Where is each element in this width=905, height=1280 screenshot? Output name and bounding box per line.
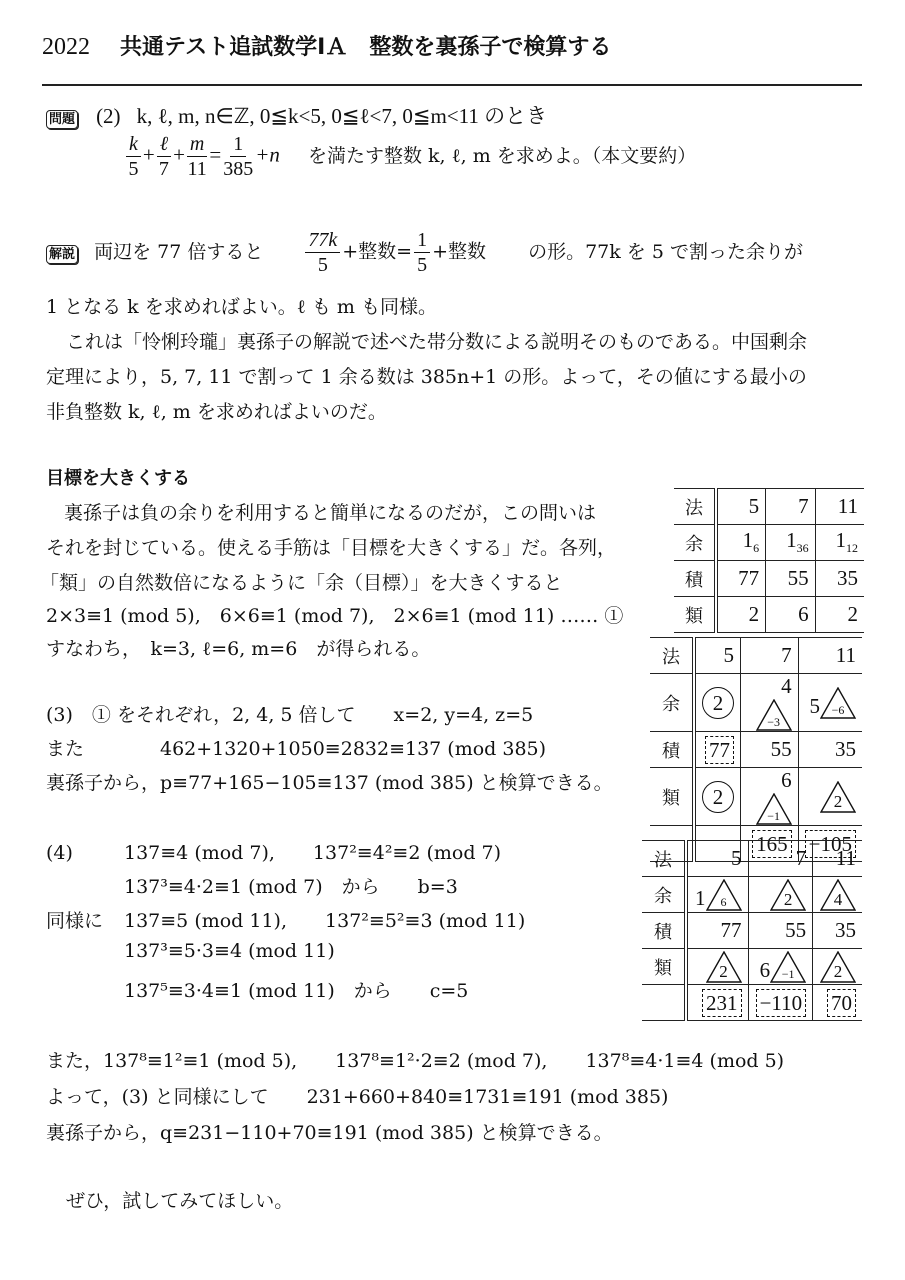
dashed-box: −110 [756, 989, 807, 1017]
row-class: 類 2 6−1 2 [650, 768, 862, 826]
problem-instruction: を満たす整数 k, ℓ, m を求めよ。（本文要約） [308, 145, 696, 167]
row-product: 積 77 55 35 [650, 732, 862, 768]
part4-line-1: (4)137≡4 (mod 7), 137²≡4²≡2 (mod 7) [46, 838, 501, 865]
explanation-line1: 解説 両辺を 77 倍すると 77k5+整数=15+整数 の形。77k を 5 … [46, 228, 803, 277]
sunzi-table-2: 法 5 7 11 余 2 4−3 5−6 積 77 55 35 類 2 6−1 … [650, 637, 862, 862]
header-year: 2022 [42, 34, 90, 60]
section-line-5: すなわち， k=3, ℓ=6, m=6 が得られる。 [46, 634, 430, 661]
closing-line: ぜひ，試してみてほしい。 [66, 1186, 293, 1213]
triangle-mark: 2 [820, 951, 856, 983]
fraction-77k-5: 77k5 [305, 228, 340, 277]
section-line-4: 2×3≡1 (mod 5), 6×6≡1 (mod 7), 2×6≡1 (mod… [46, 601, 623, 628]
section-line-1: 裏孫子は負の余りを利用すると簡単になるのだが，この問いは [64, 498, 596, 525]
section-line-3: 「類」の自然数倍になるように「余（目標）」を大きくすると [40, 568, 563, 595]
equation-tail: +n [255, 143, 280, 167]
sunzi-table-3: 法 5 7 11 余 16 2 4 積 77 55 35 類 2 6−1 2 2… [642, 840, 862, 1021]
problem-condition: k, ℓ, m, n∈ℤ, 0≦k<5, 0≦ℓ<7, 0≦m<11 のとき [137, 104, 548, 128]
part3-line-3: 裏孫子から，p≡77+165−105≡137 (mod 385) と検算できる。 [46, 768, 613, 795]
triangle-mark: 2 [820, 781, 856, 813]
explanation-para-3: 非負整数 k, ℓ, m を求めればよいのだ。 [46, 397, 387, 424]
part3-line-1: (3) ① をそれぞれ，2, 4, 5 倍して x=2, y=4, z=5 [46, 700, 533, 727]
row-remainder: 余 2 4−3 5−6 [650, 674, 862, 732]
row-product: 積 77 55 35 [674, 561, 864, 597]
fraction-l: ℓ7 [157, 132, 171, 181]
row-modulus: 法 5 7 11 [642, 841, 862, 877]
conclusion-line-3: 裏孫子から，q≡231−110+70≡191 (mod 385) と検算できる。 [46, 1118, 613, 1145]
circle-mark: 2 [702, 781, 734, 813]
explanation-line2: 1 となる k を求めればよい。ℓ も m も同様。 [46, 292, 437, 319]
problem-statement: 問題 (2) k, ℓ, m, n∈ℤ, 0≦k<5, 0≦ℓ<7, 0≦m<1… [46, 100, 547, 130]
fraction-1-5: 15 [414, 228, 430, 277]
circle-mark: 2 [702, 687, 734, 719]
triangle-mark: 2 [770, 879, 806, 911]
problem-part: (2) [96, 104, 121, 128]
triangle-mark: −1 [756, 793, 792, 825]
row-remainder: 余 16 2 4 [642, 877, 862, 913]
triangle-mark: −3 [756, 699, 792, 731]
dashed-box: 70 [827, 989, 856, 1017]
triangle-mark: −1 [770, 951, 806, 983]
dashed-box: 231 [702, 989, 742, 1017]
triangle-mark: 6 [706, 879, 742, 911]
problem-tag: 問題 [46, 110, 78, 129]
problem-equation: k5+ℓ7+m11=1385+n を満たす整数 k, ℓ, m を求めよ。（本文… [124, 132, 696, 181]
part4-line-4: 137³≡5·3≡4 (mod 11) [46, 940, 335, 962]
sunzi-table-1: 法 5 7 11 余 16 136 112 積 77 55 35 類 2 6 2 [674, 488, 864, 633]
row-modulus: 法 5 7 11 [650, 638, 862, 674]
section-line-2: それを封じている。使える手筋は「目標を大きくする」だ。各列， [46, 533, 616, 560]
triangle-mark: 2 [706, 951, 742, 983]
row-class: 類 2 6 2 [674, 597, 864, 633]
header-divider [42, 84, 862, 86]
triangle-mark: 4 [820, 879, 856, 911]
part4-line-2: 137³≡4·2≡1 (mod 7) から b=3 [46, 872, 458, 899]
explanation-tag: 解説 [46, 245, 78, 264]
dashed-box: 77 [705, 736, 734, 764]
row-remainder: 余 16 136 112 [674, 525, 864, 561]
explanation-para-1: これは「怜悧玲瓏」裏孫子の解説で述べた帯分数による説明そのものである。中国剰余 [66, 327, 807, 354]
row-class: 類 2 6−1 2 [642, 949, 862, 985]
part3-line-2: また 462+1320+1050≡2832≡137 (mod 385) [46, 734, 546, 761]
section-heading: 目標を大きくする [46, 464, 190, 490]
conclusion-line-1: また，137⁸≡1²≡1 (mod 5), 137⁸≡1²·2≡2 (mod 7… [46, 1046, 784, 1073]
triangle-mark: −6 [820, 687, 856, 719]
row-modulus: 法 5 7 11 [674, 489, 864, 525]
part4-line-3: 同様に137≡5 (mod 11), 137²≡5²≡3 (mod 11) [46, 906, 525, 933]
fraction-k: k5 [126, 132, 141, 181]
fraction-1-385: 1385 [223, 132, 253, 181]
page-header: 2022 共通テスト追試数学ⅠＡ 整数を裏孫子で検算する [42, 30, 611, 61]
fraction-m: m11 [187, 132, 207, 181]
row-product: 積 77 55 35 [642, 913, 862, 949]
row-sum: 231 −110 70 [642, 985, 862, 1021]
part4-line-5: 137⁵≡3·4≡1 (mod 11) から c=5 [46, 976, 468, 1003]
explanation-para-2: 定理により，5, 7, 11 で割って 1 余る数は 385n+1 の形。よって… [46, 362, 807, 389]
page-title: 共通テスト追試数学ⅠＡ 整数を裏孫子で検算する [120, 35, 611, 60]
conclusion-line-2: よって，(3) と同様にして 231+660+840≡1731≡191 (mod… [46, 1082, 668, 1109]
